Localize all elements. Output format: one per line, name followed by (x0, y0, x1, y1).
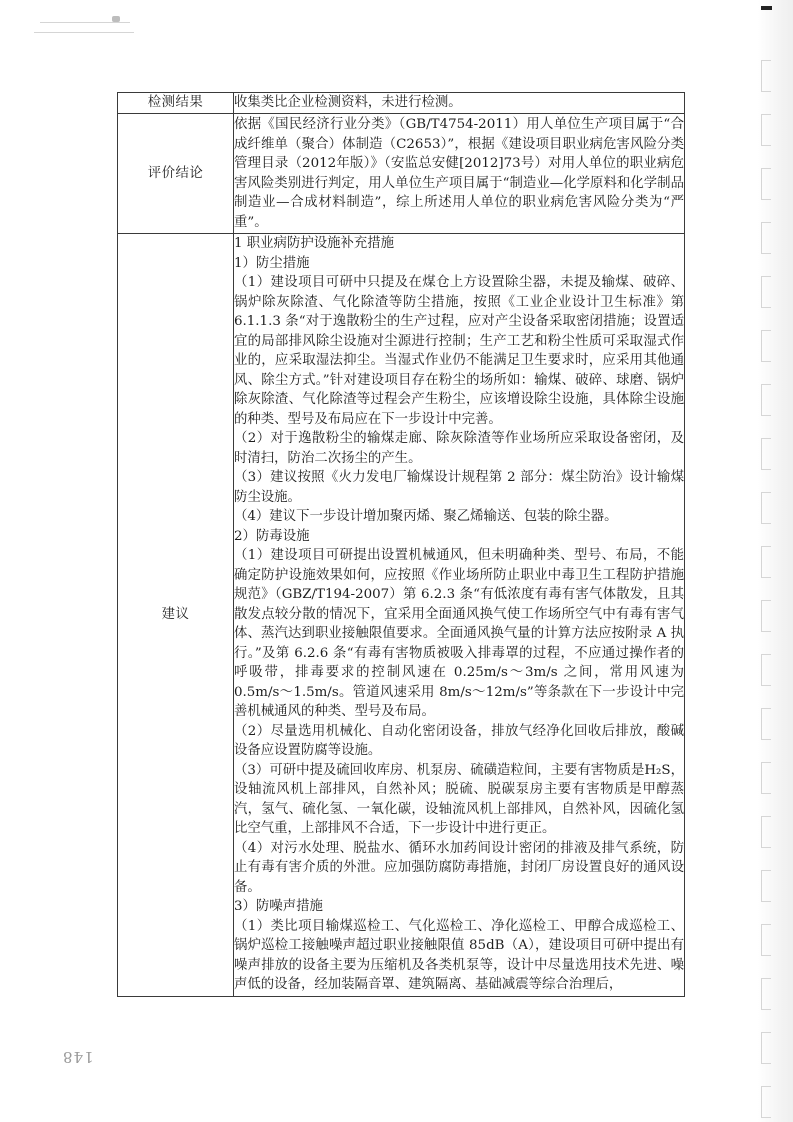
table-row-recommendations: 建议 1 职业病防护设施补充措施 1）防尘措施 （1）建设项目可研中只提及在煤仓… (118, 234, 685, 997)
subsection-heading-noise: 3）防噪声措施 (234, 897, 684, 917)
paragraph: （4）对污水处理、脱盐水、循环水加药间设计密闭的排液及排气系统，防止有毒有害介质… (234, 839, 684, 898)
paragraph: （1）类比项目输煤巡检工、气化巡检工、净化巡检工、甲醇合成巡检工、锅炉巡检工接触… (234, 917, 684, 995)
paragraph: （3）可研中提及硫回收库房、机泵房、硫磺造粒间，主要有害物质是H₂S，设轴流风机… (234, 761, 684, 839)
paragraph: （2）对于逸散粉尘的输煤走廊、除灰除渣等作业场所应采取设备密闭，及时清扫，防治二… (234, 429, 684, 468)
section-heading: 1 职业病防护设施补充措施 (234, 234, 684, 254)
paragraph: （4）建议下一步设计增加聚丙烯、聚乙烯输送、包装的除尘器。 (234, 507, 684, 527)
paragraph: （2）尽量选用机械化、自动化密闭设备，排放气经净化回收后排放，酸碱设备应设置防腐… (234, 722, 684, 761)
paragraph: 收集类比企业检测资料，未进行检测。 (234, 93, 684, 113)
binding-tab-mark (761, 6, 772, 10)
paragraph: （1）建设项目可研提出设置机械通风，但未明确种类、型号、布局，不能确定防护设施效… (234, 546, 684, 722)
row-content: 收集类比企业检测资料，未进行检测。 (234, 93, 685, 114)
binding-edge (758, 0, 793, 1122)
assessment-table: 检测结果 收集类比企业检测资料，未进行检测。 评价结论 依据《国民经济行业分类》… (117, 92, 685, 997)
subsection-heading-toxic: 2）防毒设施 (234, 527, 684, 547)
scan-artifact-top (30, 10, 135, 34)
table-row-evaluation-conclusion: 评价结论 依据《国民经济行业分类》（GB/T4754-2011）用人单位生产项目… (118, 114, 685, 234)
subsection-heading-dust: 1）防尘措施 (234, 254, 684, 274)
table-row-detection-result: 检测结果 收集类比企业检测资料，未进行检测。 (118, 93, 685, 114)
paragraph: 依据《国民经济行业分类》（GB/T4754-2011）用人单位生产项目属于“合成… (234, 115, 684, 232)
row-content: 1 职业病防护设施补充措施 1）防尘措施 （1）建设项目可研中只提及在煤仓上方设… (234, 234, 685, 997)
row-label: 建议 (118, 234, 234, 997)
mirrored-page-number: 148 (62, 1048, 94, 1066)
row-label: 检测结果 (118, 93, 234, 114)
row-content: 依据《国民经济行业分类》（GB/T4754-2011）用人单位生产项目属于“合成… (234, 114, 685, 234)
paragraph: （3）建议按照《火力发电厂输煤设计规程第 2 部分：煤尘防治》设计输煤防尘设施。 (234, 468, 684, 507)
row-label: 评价结论 (118, 114, 234, 234)
paragraph: （1）建设项目可研中只提及在煤仓上方设置除尘器，未提及输煤、破碎、锅炉除灰除渣、… (234, 273, 684, 429)
